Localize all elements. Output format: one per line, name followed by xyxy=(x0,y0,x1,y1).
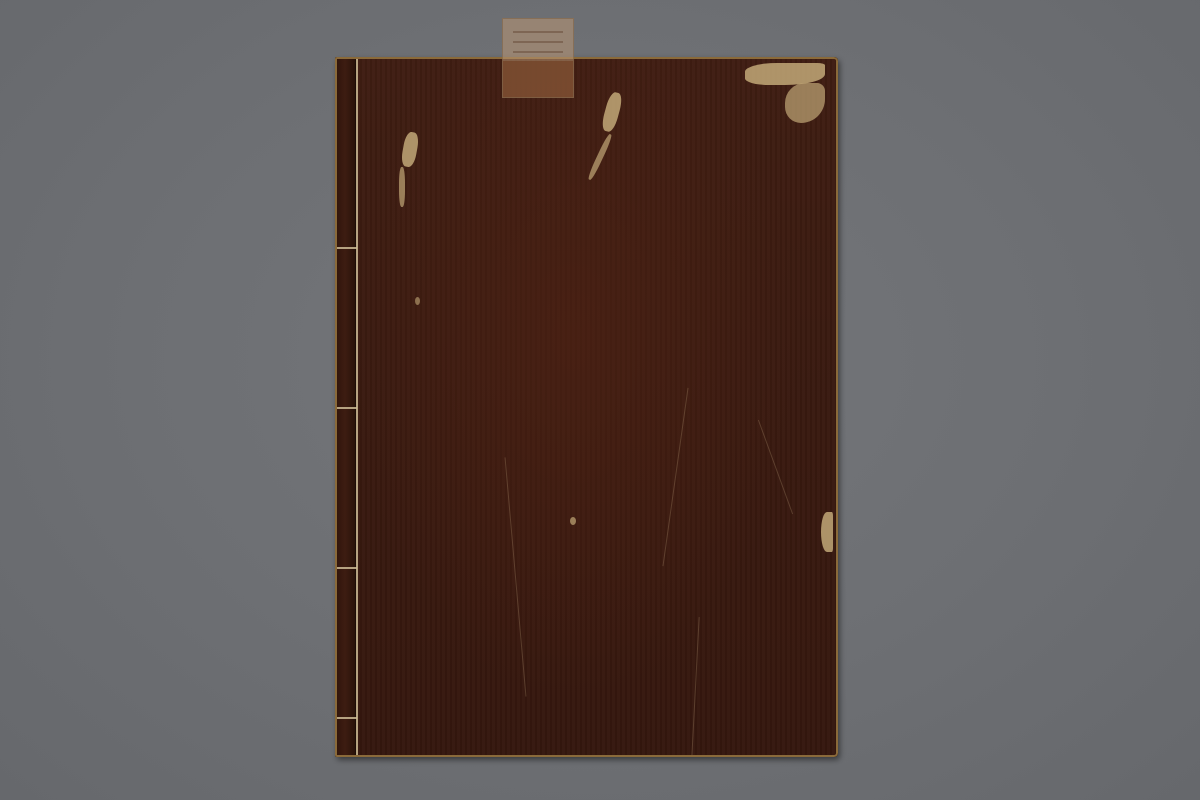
antique-book xyxy=(335,57,838,757)
binding-stitch xyxy=(337,567,357,569)
wear-spot xyxy=(570,517,576,525)
wear-streak xyxy=(399,167,405,207)
paper-label xyxy=(502,18,574,98)
label-marking xyxy=(513,51,563,53)
wear-patch-top-right xyxy=(745,63,825,85)
label-marking xyxy=(513,41,563,43)
wear-spot xyxy=(415,297,420,305)
wear-patch-right-edge xyxy=(821,512,833,552)
binding-stitch xyxy=(337,717,357,719)
binding-stitch xyxy=(337,407,357,409)
binding-stitch xyxy=(337,247,357,249)
label-marking xyxy=(513,31,563,33)
label-lower-section xyxy=(503,61,573,97)
